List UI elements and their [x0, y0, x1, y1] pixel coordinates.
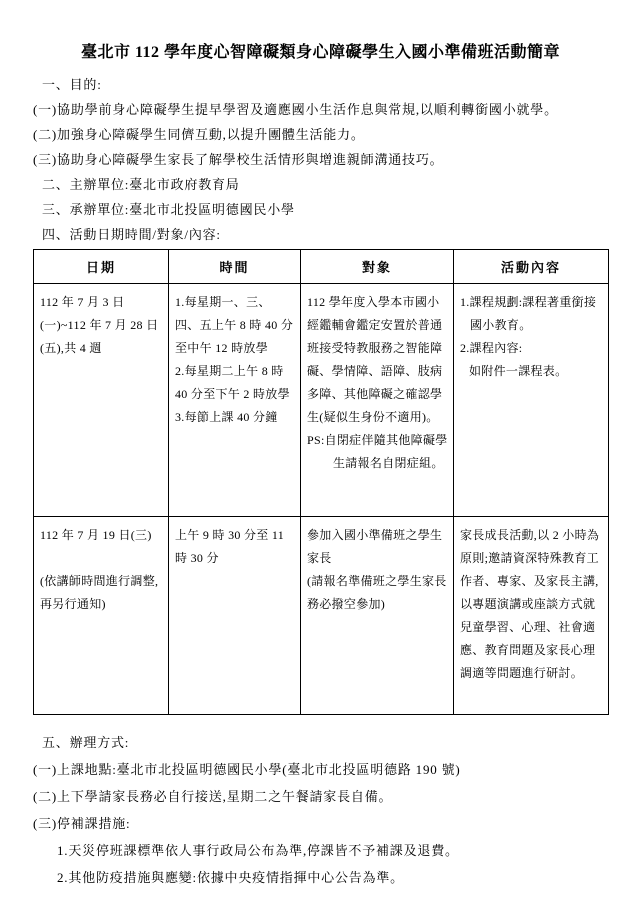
organizer-line: 二、主辦單位:臺北市政府教育局	[42, 172, 608, 197]
content-item: 2.課程內容:	[460, 337, 603, 360]
time-item: 2.每星期二上午 8 時 40 分至下午 2 時放學	[175, 360, 295, 406]
audience-ps-note: PS:自閉症伴隨其他障礙學生請報名自閉症組。	[307, 429, 448, 475]
time-item: 上午 9 時 30 分至 11 時 30 分	[175, 524, 295, 570]
col-header-date: 日期	[34, 250, 169, 284]
content-text: 家長成長活動,以 2 小時為原則;邀請資深特殊教育工作者、專家、及家長主講,以專…	[460, 524, 603, 685]
date-note: (依講師時間進行調整,再另行通知)	[40, 570, 163, 616]
col-header-audience: 對象	[301, 250, 454, 284]
document-title: 臺北市 112 學年度心智障礙類身心障礙學生入國小準備班活動簡章	[33, 42, 608, 64]
cell-content: 家長成長活動,以 2 小時為原則;邀請資深特殊教育工作者、專家、及家長主講,以專…	[454, 517, 609, 715]
purpose-heading: 一、目的:	[42, 72, 608, 97]
purpose-item-3: (三)協助身心障礙學生家長了解學校生活情形與增進親師溝通技巧。	[33, 147, 608, 172]
methods-item-3: (三)停補課措施:	[33, 810, 608, 837]
table-header-row: 日期 時間 對象 活動內容	[34, 250, 609, 284]
time-item: 3.每節上課 40 分鐘	[175, 406, 295, 429]
col-header-content: 活動內容	[454, 250, 609, 284]
activity-table: 日期 時間 對象 活動內容 112 年 7 月 3 日(一)~112 年 7 月…	[33, 249, 609, 715]
cell-date: 112 年 7 月 3 日(一)~112 年 7 月 28 日(五),共 4 週	[34, 284, 169, 517]
purpose-item-1: (一)協助學前身心障礙學生提早學習及適應國小生活作息與常規,以順利轉銜國小就學。	[33, 97, 608, 122]
col-header-time: 時間	[169, 250, 301, 284]
time-item: 1.每星期一、三、四、五上午 8 時 40 分至中午 12 時放學	[175, 291, 295, 360]
cell-time: 上午 9 時 30 分至 11 時 30 分	[169, 517, 301, 715]
cell-audience: 112 學年度入學本市國小經鑑輔會鑑定安置於普通班接受特教服務之智能障礙、學情障…	[301, 284, 454, 517]
content-item: 如附件一課程表。	[460, 360, 603, 383]
audience-text: 112 學年度入學本市國小經鑑輔會鑑定安置於普通班接受特教服務之智能障礙、學情障…	[307, 291, 448, 429]
methods-item-2: (二)上下學請家長務必自行接送,星期二之午餐請家長自備。	[33, 783, 608, 810]
cell-audience: 參加入國小準備班之學生家長 (請報名準備班之學生家長務必撥空參加)	[301, 517, 454, 715]
table-row: 112 年 7 月 3 日(一)~112 年 7 月 28 日(五),共 4 週…	[34, 284, 609, 517]
audience-text: 參加入國小準備班之學生家長	[307, 524, 448, 570]
cell-content: 1.課程規劃:課程著重銜接國小教育。 2.課程內容: 如附件一課程表。	[454, 284, 609, 517]
host-line: 三、承辦單位:臺北市北投區明德國民小學	[42, 197, 608, 222]
date-text: 112 年 7 月 3 日(一)~112 年 7 月 28 日(五),共 4 週	[40, 291, 163, 360]
methods-subitem-2: 2.其他防疫措施與應變:依據中央疫情指揮中心公告為準。	[57, 864, 608, 891]
methods-section: 五、辦理方式: (一)上課地點:臺北市北投區明德國民小學(臺北市北投區明德路 1…	[33, 729, 608, 891]
audience-note: (請報名準備班之學生家長務必撥空參加)	[307, 570, 448, 616]
cell-date: 112 年 7 月 19 日(三) (依講師時間進行調整,再另行通知)	[34, 517, 169, 715]
table-row: 112 年 7 月 19 日(三) (依講師時間進行調整,再另行通知) 上午 9…	[34, 517, 609, 715]
table-section-heading: 四、活動日期時間/對象/內容:	[42, 222, 608, 247]
cell-time: 1.每星期一、三、四、五上午 8 時 40 分至中午 12 時放學 2.每星期二…	[169, 284, 301, 517]
date-text: 112 年 7 月 19 日(三)	[40, 524, 163, 547]
methods-subitem-1: 1.天災停班課標準依人事行政局公布為準,停課皆不予補課及退費。	[57, 837, 608, 864]
content-item: 1.課程規劃:課程著重銜接國小教育。	[460, 291, 603, 337]
methods-heading: 五、辦理方式:	[42, 729, 608, 756]
methods-item-1: (一)上課地點:臺北市北投區明德國民小學(臺北市北投區明德路 190 號)	[33, 756, 608, 783]
document-page: 臺北市 112 學年度心智障礙類身心障礙學生入國小準備班活動簡章 一、目的: (…	[0, 0, 639, 903]
purpose-item-2: (二)加強身心障礙學生同儕互動,以提升團體生活能力。	[33, 122, 608, 147]
